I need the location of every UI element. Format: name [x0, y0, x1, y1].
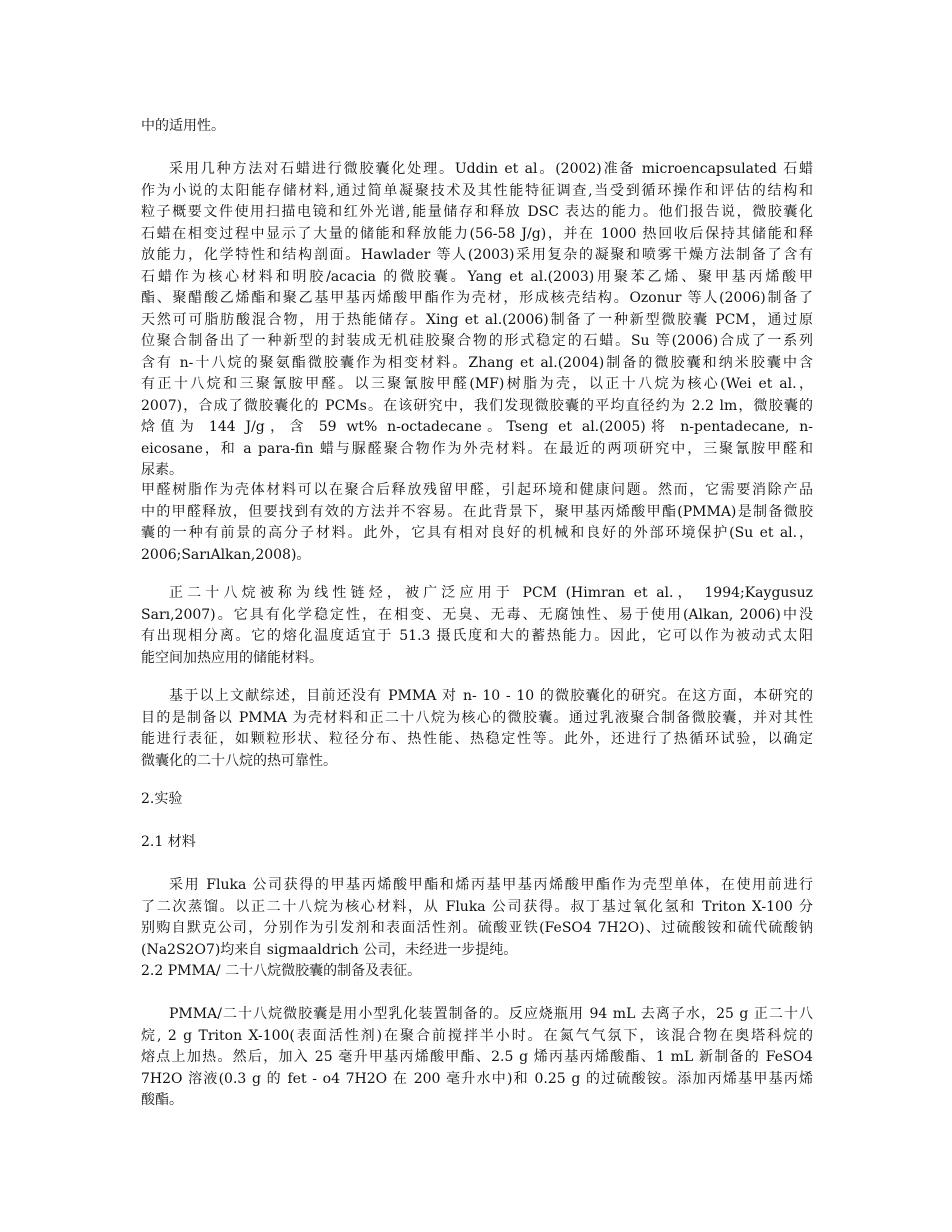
text-line: 囊的一种有前景的高分子材料。此外，它具有相对良好的机械和良好的外部环境保护(Su…: [141, 523, 813, 545]
text-line: 能空间加热应用的储能材料。: [141, 648, 323, 670]
text-line: 酸酯。: [141, 1090, 183, 1112]
text-line: Sarı,2007)。它具有化学稳定性，在相变、无臭、无毒、无腐蚀性、易于使用(…: [141, 605, 813, 627]
text-line: 7H2O 溶液(0.3 g 的 fet - o4 7H2O 在 200 毫升水中…: [141, 1069, 813, 1091]
text-line: 目的是制备以 PMMA 为壳材料和正二十八烷为核心的微胶囊。通过乳液聚合制备微胶…: [141, 708, 813, 730]
text-line: 2007)，合成了微胶囊化的 PCMs。在该研究中，我们发现微胶囊的平均直径约为…: [141, 396, 813, 418]
text-line: 微囊化的二十八烷的热可靠性。: [141, 751, 337, 773]
text-line: 采用几种方法对石蜡进行微胶囊化处理。Uddin et al。(2002)准备 m…: [169, 159, 813, 181]
text-line: 基于以上文献综述，目前还没有 PMMA 对 n- 10 - 10 的微胶囊化的研…: [169, 686, 813, 708]
text-line: 位聚合制备出了一种新型的封装成无机硅胶聚合物的形式稳定的石蜡。Su 等(2006…: [141, 331, 813, 353]
text-line: 石蜡在相变过程中显示了大量的储能和释放能力(56-58 J/g)，并在 1000…: [141, 224, 813, 246]
text-line: 正二十八烷被称为线性链烃，被广泛应用于 PCM (Himran et al.， …: [169, 583, 813, 605]
text-line: 放能力，化学特性和结构剖面。Hawlader 等人(2003)采用复杂的凝聚和喷…: [141, 245, 813, 267]
text-line: 粒子概要文件使用扫描电镜和红外光谱,能量储存和释放 DSC 表达的能力。他们报告…: [141, 202, 813, 224]
text-line: 了二次蒸馏。以正二十八烷为核心材料，从 Fluka 公司获得。叔丁基过氧化氢和 …: [141, 897, 813, 919]
text-line: 2.2 PMMA/ 二十八烷微胶囊的制备及表征。: [141, 961, 421, 983]
text-line: 采用 Fluka 公司获得的甲基丙烯酸甲酯和烯丙基甲基丙烯酸甲酯作为壳型单体，在…: [169, 875, 813, 897]
text-line: 酯、聚醋酸乙烯酯和聚乙基甲基丙烯酸甲酯作为壳材，形成核壳结构。Ozonur 等人…: [141, 288, 813, 310]
text-line: 焓值为 144 J/g，含 59 wt% n-octadecane。Tseng …: [141, 417, 813, 439]
text-line: 2.实验: [141, 789, 182, 811]
text-line: 别购自默克公司，分别作为引发剂和表面活性剂。硫酸亚铁(FeSO4 7H2O)、过…: [141, 918, 813, 940]
text-line: 中的甲醛释放，但要找到有效的方法并不容易。在此背景下，聚甲基丙烯酸甲酯(PMMA…: [141, 502, 813, 524]
text-line: 天然可可脂肪酸混合物，用于热能储存。Xing et al.(2006)制备了一种…: [141, 310, 813, 332]
text-line: 2.1 材料: [141, 832, 196, 854]
text-line: 含有 n-十八烷的聚氨酯微胶囊作为相变材料。Zhang et al.(2004)…: [141, 353, 813, 375]
text-line: 有出现相分离。它的熔化温度适宜于 51.3 摄氏度和大的蓄热能力。因此，它可以作…: [141, 626, 813, 648]
text-line: 有正十八烷和三聚氰胺甲醛。以三聚氰胺甲醛(MF)树脂为壳，以正十八烷为核心(We…: [141, 374, 813, 396]
text-line: 2006;SarıAlkan,2008)。: [141, 545, 310, 567]
text-line: (Na2S2O7)均来自 sigmaaldrich 公司，未经进一步提纯。: [141, 940, 517, 962]
text-line: 作为小说的太阳能存储材料,通过简单凝聚技术及其性能特征调查,当受到循环操作和评估…: [141, 181, 813, 203]
text-line: eicosane，和 a para-fin 蜡与脲醛聚合物作为外壳材料。在最近的…: [141, 439, 813, 461]
text-line: 甲醛树脂作为壳体材料可以在聚合后释放残留甲醛，引起环境和健康问题。然而，它需要消…: [141, 480, 813, 502]
text-line: 熔点上加热。然后，加入 25 毫升甲基丙烯酸甲酯、2.5 g 烯丙基丙烯酸酯、1…: [141, 1047, 813, 1069]
text-line: PMMA/二十八烷微胶囊是用小型乳化装置制备的。反应烧瓶用 94 mL 去离子水…: [169, 1004, 813, 1026]
text-line: 石蜡作为核心材料和明胶/acacia 的微胶囊。Yang et al.(2003…: [141, 267, 813, 289]
text-line: 尿素。: [141, 460, 183, 482]
text-line: 能进行表征，如颗粒形状、粒径分布、热性能、热稳定性等。此外，还进行了热循环试验，…: [141, 729, 813, 751]
text-line: 烷, 2 g Triton X-100(表面活性剂)在聚合前搅拌半小时。在氮气气…: [141, 1026, 813, 1048]
text-line: 中的适用性。: [141, 116, 225, 138]
